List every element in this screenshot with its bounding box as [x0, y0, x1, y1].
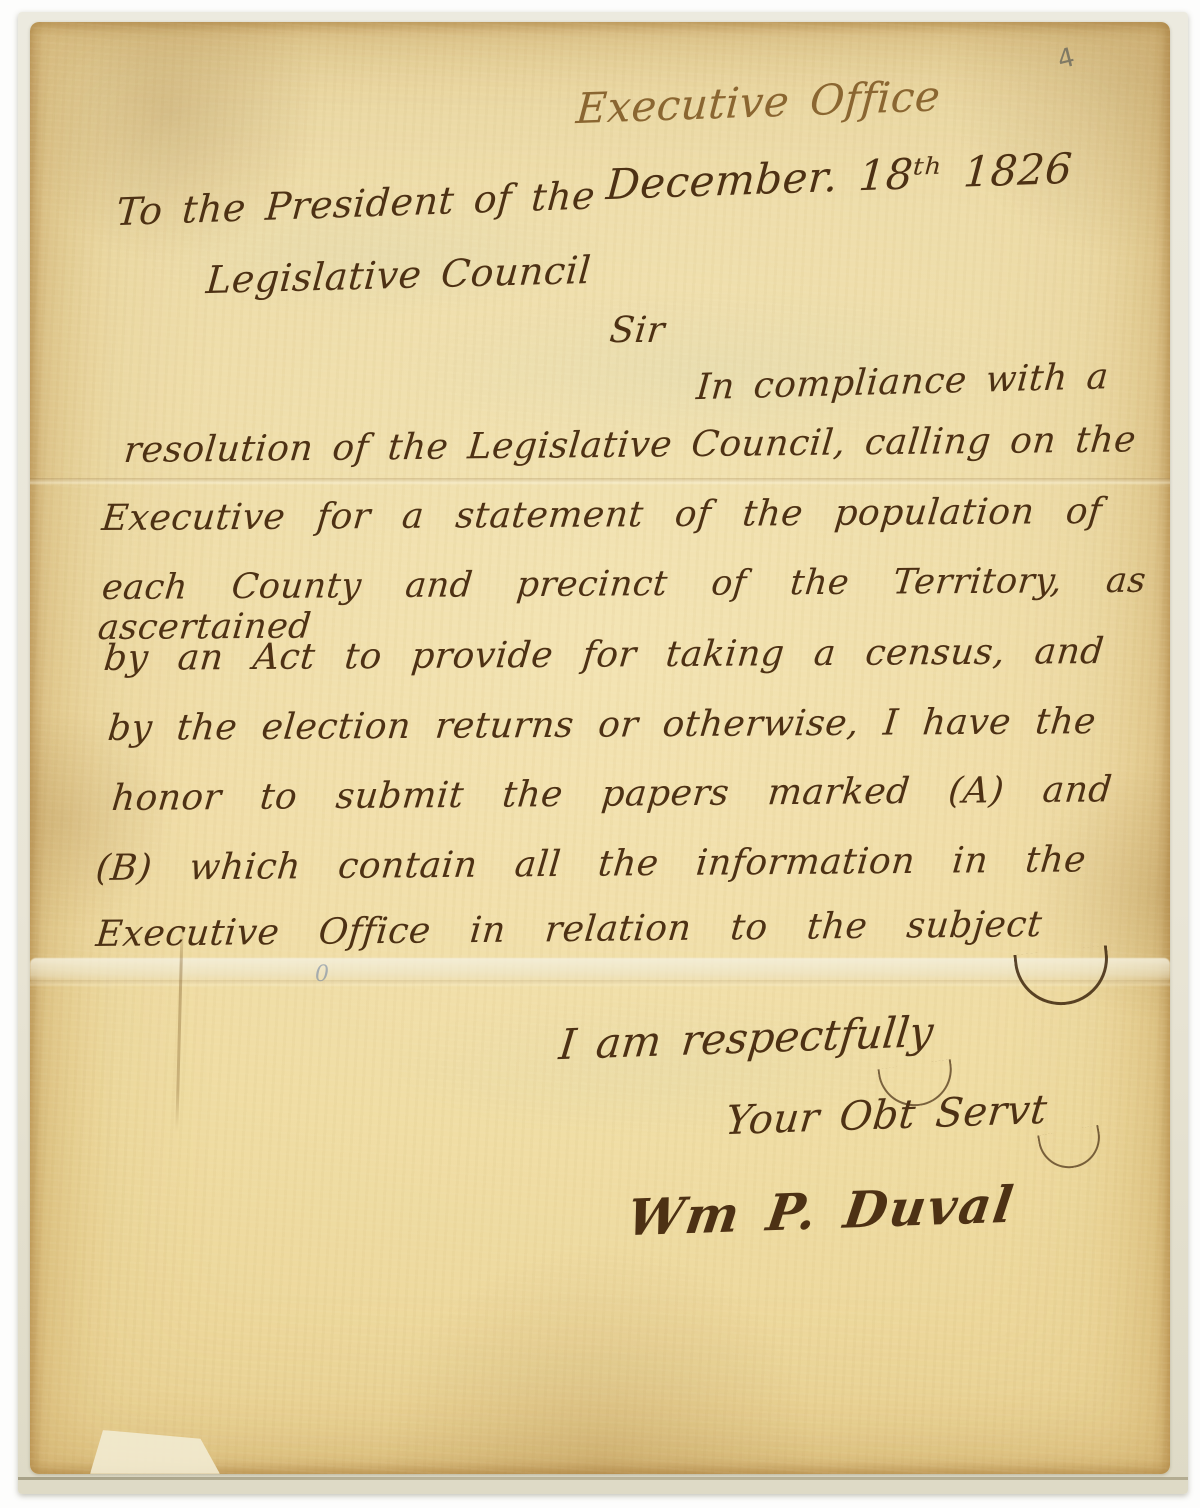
letterhead-office: Executive Office: [575, 71, 943, 133]
letter-page: 4 0 Executive Office December. 18ᵗʰ 1826…: [30, 22, 1170, 1474]
dogear-bottom-left: [90, 1430, 220, 1474]
salutation: Sir: [608, 310, 667, 351]
repair-seam: [30, 958, 1170, 984]
body-line-2: resolution of the Legislative Council, c…: [122, 419, 1138, 471]
recipient-line-1: To the President of the: [115, 173, 597, 234]
body-line-8: (B) which contain all the information in…: [94, 839, 1088, 889]
document-scan: 4 0 Executive Office December. 18ᵗʰ 1826…: [0, 0, 1200, 1508]
closing-line-2: Your Obt Servt: [723, 1087, 1049, 1144]
fold-crease-lower: [30, 980, 1170, 987]
body-line-5: by an Act to provide for taking a census…: [102, 631, 1106, 679]
ink-flourish-subject: [1013, 945, 1112, 1010]
signature: Wm P. Duval: [624, 1175, 1019, 1248]
ink-flourish-servt: [1037, 1125, 1105, 1173]
body-line-3: Executive for a statement of the populat…: [100, 491, 1104, 539]
letterhead-date: December. 18ᵗʰ 1826: [605, 144, 1075, 209]
seam-blue-mark: 0: [315, 962, 329, 987]
body-line-7: honor to submit the papers marked (A) an…: [110, 769, 1114, 819]
body-line-1: In compliance with a: [695, 356, 1110, 408]
body-line-9: Executive Office in relation to the subj…: [94, 904, 1044, 955]
closing-line-1: I am respectfully: [557, 1007, 936, 1069]
body-line-6: by the election returns or otherwise, I …: [106, 701, 1098, 749]
corner-pencil-mark: 4: [1055, 42, 1078, 75]
recipient-line-2: Legislative Council: [205, 248, 593, 302]
backing-sheet-edge: [18, 1477, 1188, 1480]
fold-crease-upper: [30, 478, 1170, 485]
